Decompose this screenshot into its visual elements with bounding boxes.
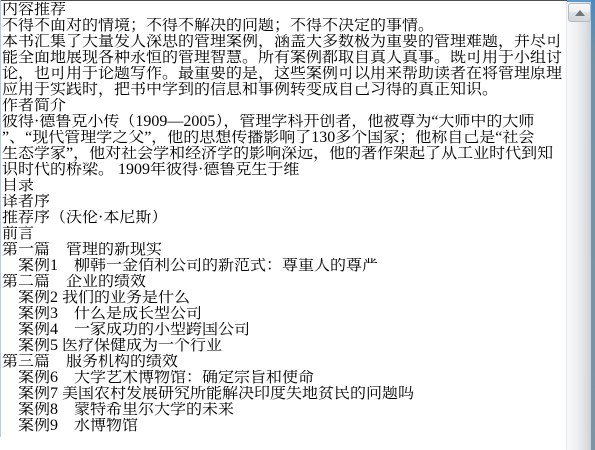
window-border-top [0,0,567,1]
window-border-top-right [567,0,591,2]
text-line: 案例2 我们的业务是什么 [2,290,567,306]
text-line: 内容推荐 [2,2,567,18]
scroll-up-button[interactable] [568,3,591,22]
text-line: 识时代的桥梁。 1909年彼得·德鲁克生于维 [2,162,567,178]
text-line: 第三篇 服务机构的绩效 [2,354,567,370]
window-border-left [0,0,1,437]
text-line: 案例1 柳韩一金佰利公司的新范式：尊重人的尊严 [2,258,567,274]
text-line: 案例8 蒙特希里尔大学的未来 [2,402,567,418]
vertical-scrollbar[interactable] [566,2,591,450]
up-arrow-icon [575,10,585,16]
document-window: 内容推荐 不得不面对的情境；不得不解决的问题；不得不决定的事情。 本书汇集了大量… [0,0,595,450]
text-line: 目录 [2,178,567,194]
text-line: 译者序 [2,194,567,210]
text-line: 前言 [2,226,567,242]
text-line: 案例3 什么是成长型公司 [2,306,567,322]
text-line: 推荐序（沃伦·本尼斯） [2,210,567,226]
document-text-area: 内容推荐 不得不面对的情境；不得不解决的问题；不得不决定的事情。 本书汇集了大量… [2,2,567,448]
text-line: 案例4 一家成功的小型跨国公司 [2,322,567,338]
text-line: 第一篇 管理的新现实 [2,242,567,258]
text-line: 论，也可用于论题写作。最重要的是，这些案例可以用来帮助读者在将管理原理 [2,66,567,82]
text-line: 本书汇集了大量发人深思的管理案例，涵盖大多数极为重要的管理难题，并尽可 [2,34,567,50]
text-line: 应用于实践时，把书中学到的信息和事例转变成自己习得的真正知识。 [2,82,567,98]
text-line: ”、“现代管理学之父”，他的思想传播影响了130多个国家；他称自己是“社会 [2,130,567,146]
text-line: 案例9 水博物馆 [2,418,567,434]
text-line: 案例7 美国农村发展研究所能解决印度失地贫民的问题吗 [2,386,567,402]
text-line: 作者简介 [2,98,567,114]
text-line: 彼得·德鲁克小传（1909—2005），管理学科开创者，他被尊为“大师中的大师 [2,114,567,130]
window-border-right [591,0,595,450]
text-line: 能全面地展现各种永恒的管理智慧。所有案例都取自真人真事。既可用于小组讨 [2,50,567,66]
scrollbar-track[interactable] [567,22,591,450]
text-line: 案例6 大学艺术博物馆：确定宗旨和使命 [2,370,567,386]
text-line: 生态学家”，他对社会学和经济学的影响深远，他的著作架起了从工业时代到知 [2,146,567,162]
text-line: 案例5 医疗保健成为一个行业 [2,338,567,354]
text-line: 不得不面对的情境；不得不解决的问题；不得不决定的事情。 [2,18,567,34]
text-line: 第二篇 企业的绩效 [2,274,567,290]
